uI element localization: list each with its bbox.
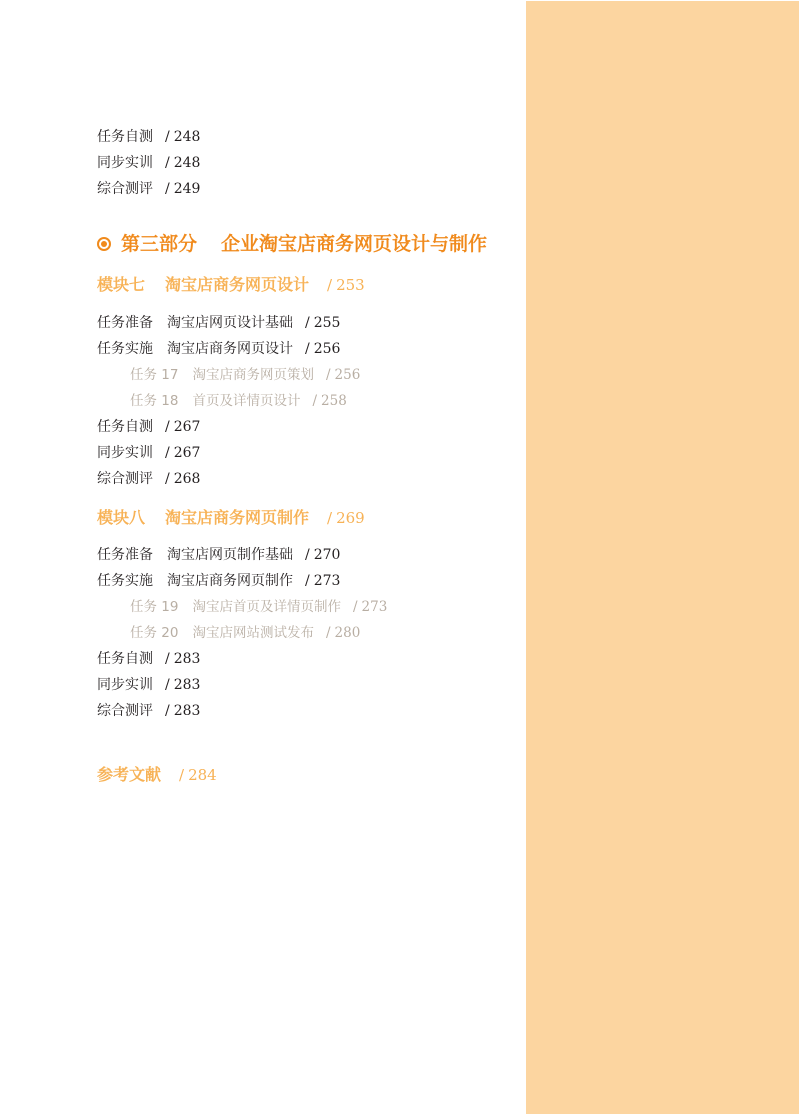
part-heading[interactable]: 第三部分 企业淘宝店商务网页设计与制作: [97, 231, 487, 257]
slash: /: [327, 276, 332, 294]
toc-entry[interactable]: 任务实施淘宝店商务网页制作/273: [97, 572, 340, 590]
entry-label: 综合测评: [97, 471, 153, 487]
toc-entry[interactable]: 综合测评/249: [97, 180, 200, 198]
part-title: 企业淘宝店商务网页设计与制作: [221, 231, 487, 257]
page-value: 255: [314, 315, 341, 331]
page-value: 268: [174, 471, 201, 487]
references-title: 参考文献: [97, 765, 161, 784]
page-number: /273: [353, 599, 387, 615]
subtask-entry[interactable]: 任务 20淘宝店网站测试发布/280: [130, 624, 360, 642]
slash: /: [165, 129, 170, 145]
module-title: 淘宝店商务网页制作: [165, 508, 309, 527]
slash: /: [165, 181, 170, 197]
entry-label: 同步实训: [97, 677, 153, 693]
slash: /: [305, 573, 310, 589]
slash: /: [312, 393, 317, 409]
decorative-sidebar: [526, 1, 799, 1114]
references-heading[interactable]: 参考文献/284: [97, 764, 217, 786]
entry-title: 淘宝店网页设计基础: [167, 315, 293, 331]
page-number: /256: [305, 341, 340, 357]
page-value: 267: [174, 445, 201, 461]
slash: /: [327, 509, 332, 527]
page-number: /267: [165, 419, 200, 435]
page-value: 253: [336, 276, 365, 294]
entry-label: 综合测评: [97, 181, 153, 197]
slash: /: [165, 155, 170, 171]
page-value: 273: [362, 599, 388, 615]
entry-title: 淘宝店商务网页设计: [167, 341, 293, 357]
subtask-label: 任务 18: [130, 393, 178, 409]
page-number: /253: [327, 276, 365, 294]
module-heading[interactable]: 模块八淘宝店商务网页制作/269: [97, 507, 365, 529]
slash: /: [305, 315, 310, 331]
toc-entry[interactable]: 综合测评/283: [97, 702, 200, 720]
slash: /: [165, 703, 170, 719]
slash: /: [165, 651, 170, 667]
page-value: 248: [174, 155, 201, 171]
page-number: /270: [305, 547, 340, 563]
page-value: 283: [174, 651, 201, 667]
toc-entry[interactable]: 任务准备淘宝店网页制作基础/270: [97, 546, 340, 564]
entry-label: 同步实训: [97, 155, 153, 171]
subtask-title: 淘宝店网站测试发布: [192, 625, 314, 641]
page-value: 273: [314, 573, 341, 589]
page-number: /248: [165, 155, 200, 171]
toc-entry[interactable]: 任务实施淘宝店商务网页设计/256: [97, 340, 340, 358]
entry-label: 任务准备: [97, 315, 153, 331]
page-value: 280: [335, 625, 361, 641]
page-value: 256: [335, 367, 361, 383]
page-number: /283: [165, 651, 200, 667]
slash: /: [165, 471, 170, 487]
page-value: 248: [174, 129, 201, 145]
slash: /: [353, 599, 358, 615]
subtask-entry[interactable]: 任务 17淘宝店商务网页策划/256: [130, 366, 360, 384]
page-number: /269: [327, 509, 365, 527]
slash: /: [165, 677, 170, 693]
page-value: 258: [321, 393, 347, 409]
page-number: /283: [165, 703, 200, 719]
module-title: 淘宝店商务网页设计: [165, 275, 309, 294]
page-number: /280: [326, 625, 360, 641]
entry-label: 任务自测: [97, 419, 153, 435]
page-value: 284: [188, 766, 217, 784]
slash: /: [326, 367, 331, 383]
entry-label: 任务实施: [97, 341, 153, 357]
slash: /: [165, 419, 170, 435]
subtask-title: 淘宝店首页及详情页制作: [192, 599, 341, 615]
page-number: /267: [165, 445, 200, 461]
page-number: /284: [179, 766, 217, 784]
subtask-label: 任务 19: [130, 599, 178, 615]
toc-entry[interactable]: 同步实训/283: [97, 676, 200, 694]
subtask-title: 淘宝店商务网页策划: [192, 367, 314, 383]
slash: /: [165, 445, 170, 461]
slash: /: [326, 625, 331, 641]
toc-entry[interactable]: 同步实训/248: [97, 154, 200, 172]
page-value: 270: [314, 547, 341, 563]
toc-entry[interactable]: 任务自测/248: [97, 128, 200, 146]
page-value: 267: [174, 419, 201, 435]
radio-filled-icon: [97, 237, 111, 251]
subtask-label: 任务 17: [130, 367, 178, 383]
toc-entry[interactable]: 任务自测/283: [97, 650, 200, 668]
module-number: 模块七: [97, 275, 145, 294]
toc-entry[interactable]: 综合测评/268: [97, 470, 200, 488]
entry-label: 任务准备: [97, 547, 153, 563]
subtask-label: 任务 20: [130, 625, 178, 641]
slash: /: [305, 547, 310, 563]
page-number: /248: [165, 129, 200, 145]
page-number: /268: [165, 471, 200, 487]
toc-entry[interactable]: 任务自测/267: [97, 418, 200, 436]
page-number: /283: [165, 677, 200, 693]
module-heading[interactable]: 模块七淘宝店商务网页设计/253: [97, 274, 365, 296]
page-number: /255: [305, 315, 340, 331]
entry-label: 同步实训: [97, 445, 153, 461]
page-value: 256: [314, 341, 341, 357]
page-value: 283: [174, 677, 201, 693]
page-value: 249: [174, 181, 201, 197]
page-value: 269: [336, 509, 365, 527]
page-number: /273: [305, 573, 340, 589]
toc-entry[interactable]: 任务准备淘宝店网页设计基础/255: [97, 314, 340, 332]
toc-entry[interactable]: 同步实训/267: [97, 444, 200, 462]
page-value: 283: [174, 703, 201, 719]
entry-title: 淘宝店网页制作基础: [167, 547, 293, 563]
slash: /: [179, 766, 184, 784]
page-number: /256: [326, 367, 360, 383]
subtask-entry[interactable]: 任务 18首页及详情页设计/258: [130, 392, 347, 410]
module-number: 模块八: [97, 508, 145, 527]
part-number: 第三部分: [121, 231, 197, 257]
entry-label: 任务自测: [97, 129, 153, 145]
subtask-title: 首页及详情页设计: [192, 393, 300, 409]
entry-label: 任务自测: [97, 651, 153, 667]
subtask-entry[interactable]: 任务 19淘宝店首页及详情页制作/273: [130, 598, 387, 616]
page-number: /258: [312, 393, 346, 409]
entry-title: 淘宝店商务网页制作: [167, 573, 293, 589]
slash: /: [305, 341, 310, 357]
page-number: /249: [165, 181, 200, 197]
entry-label: 综合测评: [97, 703, 153, 719]
entry-label: 任务实施: [97, 573, 153, 589]
